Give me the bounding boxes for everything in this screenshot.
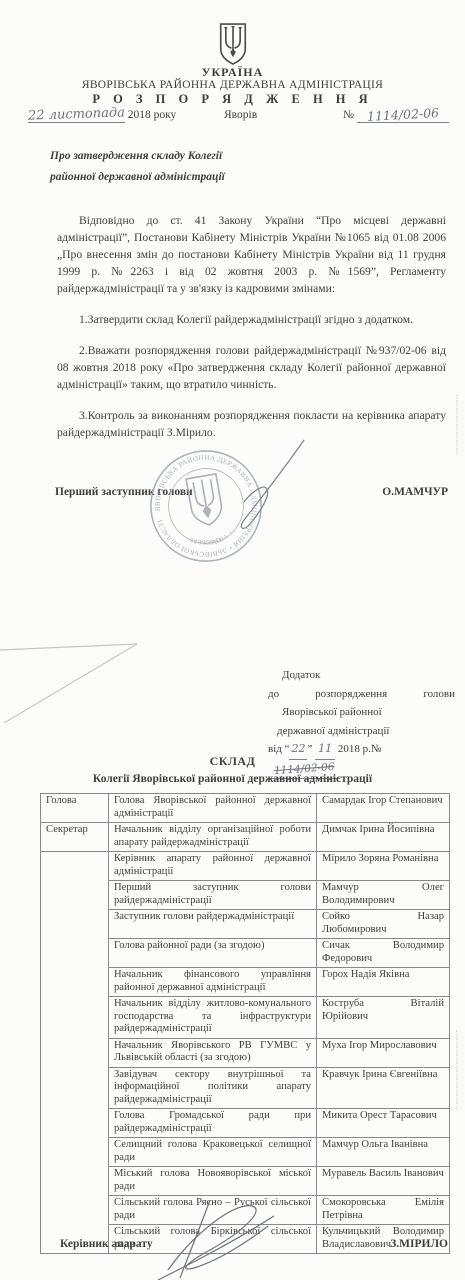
cell-name: Коструба Віталій Юрійович	[317, 997, 450, 1039]
order-item-3: 3.Контроль за виконанням розпорядження п…	[57, 407, 446, 441]
stamp-trident-icon	[186, 474, 224, 528]
cell-position: Перший заступник голови райдержадміністр…	[109, 881, 317, 910]
date-blank: 22 листопада	[28, 107, 125, 123]
svg-text:ЯВОРІВСЬКА РАЙОННА ДЕРЖАВНА АД: ЯВОРІВСЬКА РАЙОННА ДЕРЖАВНА АДМІНІСТРАЦІ…	[146, 445, 267, 566]
annex-line-4: державної адміністрації	[277, 722, 455, 741]
place-label: Яворів	[224, 109, 257, 121]
cell-name: Сойко Назар Любомирович	[317, 910, 450, 939]
cell-position: Селищний голова Краковецької селищної ра…	[109, 1138, 317, 1167]
cell-position: Начальник відділу житлово-комунального г…	[109, 997, 317, 1039]
subject-line-1: Про затвердження складу Колегії	[50, 146, 225, 167]
table-row: Керівник апарату районної державної адмі…	[41, 852, 450, 881]
country-title: УКРАЇНА	[0, 65, 465, 80]
cell-name: Мамчур Олег Володимирович	[317, 881, 450, 910]
stamp-country: • УКРАЇНА •	[191, 529, 235, 550]
svg-text:04055883: 04055883	[188, 531, 225, 550]
organization-title: ЯВОРІВСЬКА РАЙОННА ДЕРЖАВНА АДМІНІСТРАЦІ…	[0, 79, 465, 91]
subject-block: Про затвердження складу Колегії районної…	[50, 146, 225, 187]
cell-position: Начальник фінансового управління районно…	[109, 968, 317, 997]
cell-position: Голова Яворівської районної державної ад…	[109, 794, 317, 823]
cell-position: Керівник апарату районної державної адмі…	[109, 852, 317, 881]
footer-signer-name: З.МІРИЛО	[390, 1238, 448, 1250]
stamp-code: 04055883	[188, 531, 225, 550]
body-text: Відповідно до ст. 41 Закону України “Про…	[57, 212, 446, 455]
collegium-table-body: ГоловаГолова Яворівської районної держав…	[41, 794, 450, 1254]
subject-line-2: районної державної адміністрації	[50, 167, 225, 188]
cell-position: Голова районної ради (за згодою)	[109, 939, 317, 968]
cell-name: Смокоровська Емілія Петрівна	[317, 1196, 450, 1225]
cell-name: Муравель Василь Іванович	[317, 1167, 450, 1196]
annex-line-1: Додаток	[282, 666, 455, 685]
collegium-table: ГоловаГолова Яворівської районної держав…	[40, 793, 450, 1254]
cell-name: Муха Ігор Мирославович	[317, 1038, 450, 1067]
ukraine-trident-icon	[215, 22, 251, 66]
table-row: ГоловаГолова Яворівської районної держав…	[41, 794, 450, 823]
cell-name: Микита Орест Тарасович	[317, 1109, 450, 1138]
cell-name: Мамчур Ольга Іванівна	[317, 1138, 450, 1167]
scan-edge-artifact	[456, 1030, 457, 1110]
cell-position: Міський голова Новояворівської міської р…	[109, 1167, 317, 1196]
page-corner-artifact	[0, 635, 150, 735]
cell-position: Сільський голова Рясно – Руської сільськ…	[109, 1196, 317, 1225]
stamp-ring-text: ЯВОРІВСЬКА РАЙОННА ДЕРЖАВНА АДМІНІСТРАЦІ…	[146, 445, 267, 566]
table-row: СекретарНачальник відділу організаційної…	[41, 823, 450, 852]
cell-role-merged-empty	[41, 852, 109, 1254]
intro-paragraph: Відповідно до ст. 41 Закону України “Про…	[57, 212, 446, 297]
footer-signature-row: Керівник апарату З.МІРИЛО	[60, 1238, 448, 1250]
order-item-2: 2.Вважати розпорядження голови райдержад…	[57, 342, 446, 393]
composition-title: СКЛАД	[0, 754, 465, 769]
composition-subtitle: Колегії Яворівської районної державної а…	[0, 773, 465, 785]
scan-edge-artifact	[456, 395, 457, 455]
cell-role: Голова	[41, 794, 109, 823]
cell-role: Секретар	[41, 823, 109, 852]
signature-row: Перший заступник голови О.МАМЧУР	[55, 486, 448, 498]
cell-position: Заступник голови райдержадміністрації	[109, 910, 317, 939]
footer-signer-title: Керівник апарату	[60, 1238, 153, 1250]
cell-name: Самардак Ігор Степанович	[317, 794, 450, 823]
cell-position: Завідувач сектору внутрішньої та інформа…	[109, 1067, 317, 1109]
cell-name: Димчак Ірина Йосипівна	[317, 823, 450, 852]
date-place-number-line: 22 листопада 2018 року Яворів № 1114/02-…	[28, 107, 448, 129]
signer-name: О.МАМЧУР	[382, 486, 448, 498]
order-item-1: 1.Затвердити склад Колегії райдержадміні…	[57, 311, 446, 328]
cell-name: Сичак Володимир Федорович	[317, 939, 450, 968]
cell-position: Начальник Яворівського РВ ГУМВС у Львівс…	[109, 1038, 317, 1067]
official-round-stamp: ЯВОРІВСЬКА РАЙОННА ДЕРЖАВНА АДМІНІСТРАЦІ…	[138, 438, 275, 575]
cell-name: Горох Надія Яківна	[317, 968, 450, 997]
annex-line-3: Яворівської районної	[282, 703, 455, 722]
number-sign: №	[343, 109, 354, 121]
signer-title: Перший заступник голови	[55, 486, 193, 498]
cell-position: Начальник відділу організаційної роботи …	[109, 823, 317, 852]
handwritten-date: 22 листопада	[28, 105, 125, 123]
cell-name: Кравчук Ірина Євгеніївна	[317, 1067, 450, 1109]
number-blank: 1114/02-06	[357, 107, 449, 123]
document-type-title: Р О З П О Р Я Д Ж Е Н Н Я	[0, 92, 465, 107]
scanned-document: УКРАЇНА ЯВОРІВСЬКА РАЙОННА ДЕРЖАВНА АДМІ…	[0, 0, 465, 1280]
annex-line-2: до розпорядження голови	[268, 685, 455, 704]
cell-name: Мірило Зоряна Романівна	[317, 852, 450, 881]
svg-text:• УКРАЇНА •: • УКРАЇНА •	[191, 529, 235, 550]
handwritten-number: 1114/02-06	[367, 105, 440, 124]
date-year-label: 2018 року	[128, 109, 177, 121]
cell-position: Голова Громадської ради при райдержадмін…	[109, 1109, 317, 1138]
